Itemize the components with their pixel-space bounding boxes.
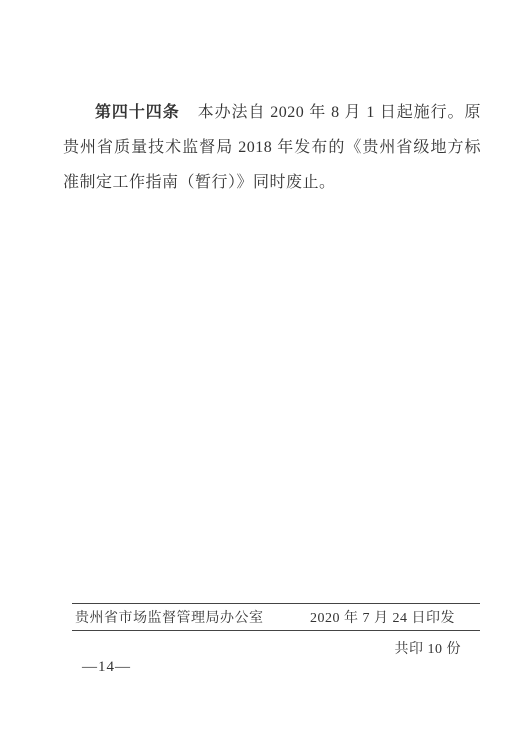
print-copies: 共印 10 份 xyxy=(395,642,462,657)
document-colophon: 贵州省市场监督管理局办公室 2020 年 7 月 24 日印发 共印 10 份 xyxy=(72,603,480,658)
page-number: —14— xyxy=(82,659,131,676)
print-date: 2020 年 7 月 24 日印发 xyxy=(310,607,455,627)
issuing-office: 贵州省市场监督管理局办公室 xyxy=(75,607,264,627)
clause-number: 第四十四条 xyxy=(95,104,180,121)
copies-row: 共印 10 份 xyxy=(72,638,480,658)
article-paragraph: 第四十四条本办法自 2020 年 8 月 1 日起施行。原贵州省质量技术监督局 … xyxy=(63,95,481,200)
document-page: 第四十四条本办法自 2020 年 8 月 1 日起施行。原贵州省质量技术监督局 … xyxy=(0,0,527,747)
issuer-row: 贵州省市场监督管理局办公室 2020 年 7 月 24 日印发 xyxy=(72,603,480,631)
